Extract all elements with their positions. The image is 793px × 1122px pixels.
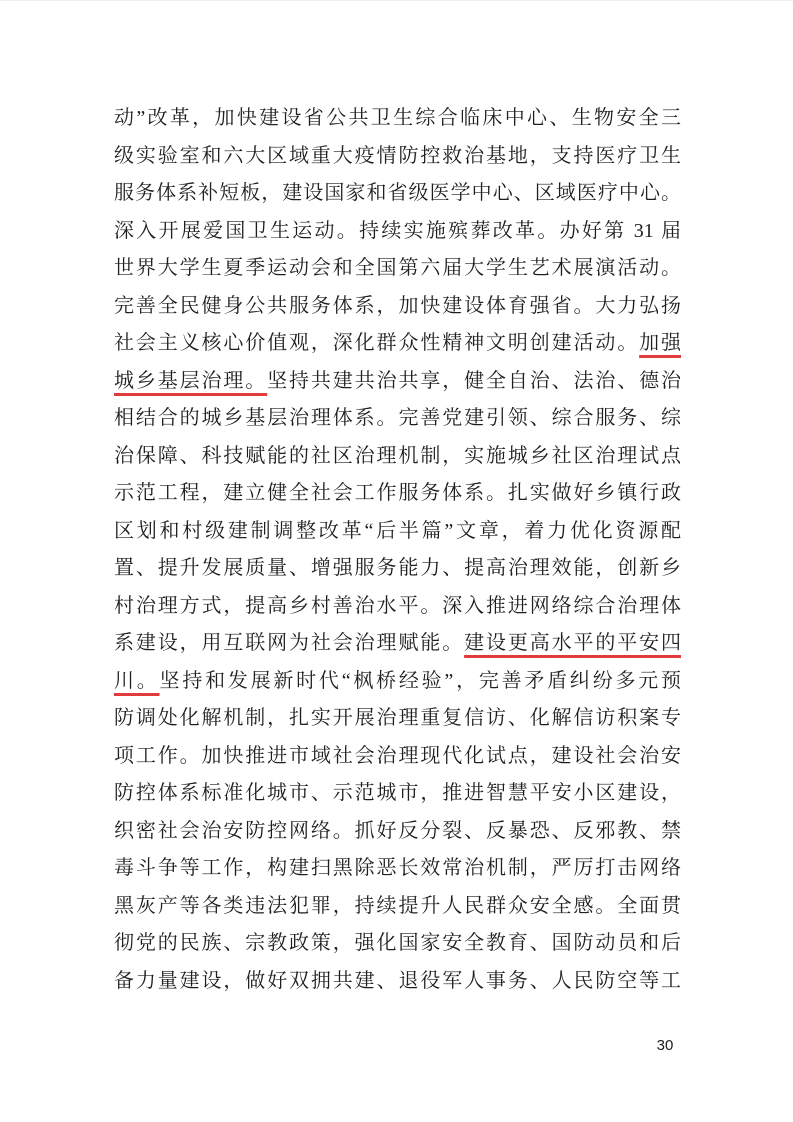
text-line: 置、提升发展质量、增强服务能力、提高治理效能，创新乡 [114, 550, 681, 588]
text-segment: 坚持共建共治共享，健全自治、法治、德治 [267, 370, 681, 392]
text-line: 服务体系补短板，建设国家和省级医学中心、区域医疗中心。 [114, 175, 681, 213]
text-line: 织密社会治安防控网络。抓好反分裂、反暴恐、反邪教、禁 [114, 813, 681, 851]
text-segment: 动”改革，加快建设省公共卫生综合临床中心、生物安全三 [114, 107, 681, 129]
text-line: 相结合的城乡基层治理体系。完善党建引领、综合服务、综 [114, 400, 681, 438]
text-segment: 社会主义核心价值观，深化群众性精神文明创建活动。 [114, 332, 639, 354]
text-line: 社会主义核心价值观，深化群众性精神文明创建活动。加强 [114, 325, 681, 363]
text-segment: 防控体系标准化城市、示范城市，推进智慧平安小区建设， [114, 782, 681, 804]
text-line: 防调处化解机制，扎实开展治理重复信访、化解信访积案专 [114, 700, 681, 738]
body-text: 动”改革，加快建设省公共卫生综合临床中心、生物安全三级实验室和六大区域重大疫情防… [114, 100, 681, 1000]
text-line: 彻党的民族、宗教政策，强化国家安全教育、国防动员和后 [114, 925, 681, 963]
text-segment: 备力量建设，做好双拥共建、退役军人事务、人民防空等工 [114, 970, 681, 992]
text-line: 城乡基层治理。坚持共建共治共享，健全自治、法治、德治 [114, 363, 681, 401]
text-segment: 织密社会治安防控网络。抓好反分裂、反暴恐、反邪教、禁 [114, 820, 681, 842]
text-segment: 完善全民健身公共服务体系，加快建设体育强省。大力弘扬 [114, 295, 681, 317]
text-segment: 深入开展爱国卫生运动。持续实施殡葬改革。办好第 31 届 [114, 220, 681, 242]
text-line: 项工作。加快推进市域社会治理现代化试点，建设社会治安 [114, 738, 681, 776]
text-segment: 服务体系补短板，建设国家和省级医学中心、区域医疗中心。 [114, 182, 681, 204]
text-segment: 黑灰产等各类违法犯罪，持续提升人民群众安全感。全面贯 [114, 895, 681, 917]
red-underlined-phrase: 川。 [114, 670, 160, 692]
text-segment: 示范工程，建立健全社会工作服务体系。扎实做好乡镇行政 [114, 482, 681, 504]
text-segment: 村治理方式，提高乡村善治水平。深入推进网络综合治理体 [114, 595, 681, 617]
red-underlined-phrase: 城乡基层治理。 [114, 370, 267, 392]
text-line: 备力量建设，做好双拥共建、退役军人事务、人民防空等工 [114, 963, 681, 1001]
text-segment: 彻党的民族、宗教政策，强化国家安全教育、国防动员和后 [114, 932, 681, 954]
text-segment: 相结合的城乡基层治理体系。完善党建引领、综合服务、综 [114, 407, 681, 429]
text-line: 川。坚持和发展新时代“枫桥经验”，完善矛盾纠纷多元预 [114, 663, 681, 701]
text-segment: 置、提升发展质量、增强服务能力、提高治理效能，创新乡 [114, 557, 681, 579]
text-line: 动”改革，加快建设省公共卫生综合临床中心、生物安全三 [114, 100, 681, 138]
text-line: 级实验室和六大区域重大疫情防控救治基地，支持医疗卫生 [114, 138, 681, 176]
text-line: 黑灰产等各类违法犯罪，持续提升人民群众安全感。全面贯 [114, 888, 681, 926]
text-line: 毒斗争等工作，构建扫黑除恶长效常治机制，严厉打击网络 [114, 850, 681, 888]
text-segment: 区划和村级建制调整改革“后半篇”文章，着力优化资源配 [114, 520, 681, 542]
text-line: 示范工程，建立健全社会工作服务体系。扎实做好乡镇行政 [114, 475, 681, 513]
text-segment: 坚持和发展新时代“枫桥经验”，完善矛盾纠纷多元预 [160, 670, 681, 692]
text-segment: 防调处化解机制，扎实开展治理重复信访、化解信访积案专 [114, 707, 681, 729]
text-line: 村治理方式，提高乡村善治水平。深入推进网络综合治理体 [114, 588, 681, 626]
text-line: 治保障、科技赋能的社区治理机制，实施城乡社区治理试点 [114, 438, 681, 476]
text-line: 系建设，用互联网为社会治理赋能。建设更高水平的平安四 [114, 625, 681, 663]
text-line: 区划和村级建制调整改革“后半篇”文章，着力优化资源配 [114, 513, 681, 551]
text-segment: 毒斗争等工作，构建扫黑除恶长效常治机制，严厉打击网络 [114, 857, 681, 879]
text-line: 防控体系标准化城市、示范城市，推进智慧平安小区建设， [114, 775, 681, 813]
red-underlined-phrase: 加强 [639, 332, 681, 354]
text-segment: 系建设，用互联网为社会治理赋能。 [114, 632, 464, 654]
text-line: 完善全民健身公共服务体系，加快建设体育强省。大力弘扬 [114, 288, 681, 326]
text-segment: 项工作。加快推进市域社会治理现代化试点，建设社会治安 [114, 745, 681, 767]
text-line: 世界大学生夏季运动会和全国第六届大学生艺术展演活动。 [114, 250, 681, 288]
document-page: 动”改革，加快建设省公共卫生综合临床中心、生物安全三级实验室和六大区域重大疫情防… [0, 0, 793, 1122]
text-segment: 世界大学生夏季运动会和全国第六届大学生艺术展演活动。 [114, 257, 681, 279]
text-segment: 级实验室和六大区域重大疫情防控救治基地，支持医疗卫生 [114, 145, 681, 167]
page-number: 30 [641, 1037, 689, 1054]
text-line: 深入开展爱国卫生运动。持续实施殡葬改革。办好第 31 届 [114, 213, 681, 251]
red-underlined-phrase: 建设更高水平的平安四 [464, 632, 681, 654]
text-segment: 治保障、科技赋能的社区治理机制，实施城乡社区治理试点 [114, 445, 681, 467]
